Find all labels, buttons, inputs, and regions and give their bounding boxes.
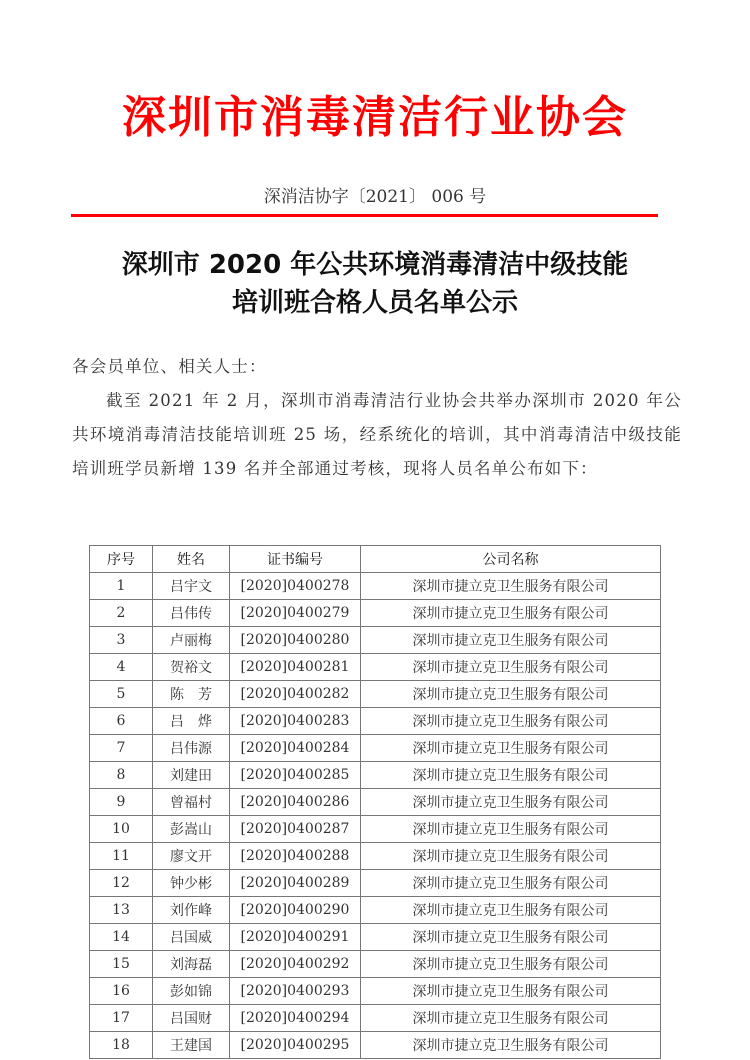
cell-company-name: 深圳市捷立克卫生服务有限公司 [361, 897, 661, 924]
cell-name: 卢丽梅 [153, 627, 230, 654]
cell-company-name: 深圳市捷立克卫生服务有限公司 [361, 870, 661, 897]
cell-company-name: 深圳市捷立克卫生服务有限公司 [361, 600, 661, 627]
notice-title-line-2: 培训班合格人员名单公示 [0, 284, 750, 322]
cell-certificate-number: [2020]0400279 [230, 600, 361, 627]
table-row: 3卢丽梅[2020]0400280深圳市捷立克卫生服务有限公司 [90, 627, 661, 654]
cell-index: 2 [90, 600, 153, 627]
cell-name: 刘作峰 [153, 897, 230, 924]
cell-certificate-number: [2020]0400289 [230, 870, 361, 897]
cell-company-name: 深圳市捷立克卫生服务有限公司 [361, 951, 661, 978]
cell-name: 彭嵩山 [153, 816, 230, 843]
cell-company-name: 深圳市捷立克卫生服务有限公司 [361, 654, 661, 681]
table-row: 18王建国[2020]0400295深圳市捷立克卫生服务有限公司 [90, 1032, 661, 1059]
cell-name: 廖文开 [153, 843, 230, 870]
table-row: 12钟少彬[2020]0400289深圳市捷立克卫生服务有限公司 [90, 870, 661, 897]
cell-company-name: 深圳市捷立克卫生服务有限公司 [361, 843, 661, 870]
cell-company-name: 深圳市捷立克卫生服务有限公司 [361, 735, 661, 762]
table-row: 8刘建田[2020]0400285深圳市捷立克卫生服务有限公司 [90, 762, 661, 789]
cell-company-name: 深圳市捷立克卫生服务有限公司 [361, 573, 661, 600]
cell-name: 曾福村 [153, 789, 230, 816]
cell-name: 吕伟源 [153, 735, 230, 762]
table-row: 9曾福村[2020]0400286深圳市捷立克卫生服务有限公司 [90, 789, 661, 816]
cell-name: 吕国财 [153, 1005, 230, 1032]
cell-company-name: 深圳市捷立克卫生服务有限公司 [361, 627, 661, 654]
cell-index: 14 [90, 924, 153, 951]
cell-index: 8 [90, 762, 153, 789]
cell-certificate-number: [2020]0400290 [230, 897, 361, 924]
cell-certificate-number: [2020]0400285 [230, 762, 361, 789]
header-certificate-number: 证书编号 [230, 546, 361, 573]
cell-company-name: 深圳市捷立克卫生服务有限公司 [361, 924, 661, 951]
table-row: 1吕宇文[2020]0400278深圳市捷立克卫生服务有限公司 [90, 573, 661, 600]
cell-index: 7 [90, 735, 153, 762]
cell-company-name: 深圳市捷立克卫生服务有限公司 [361, 1032, 661, 1059]
cell-index: 12 [90, 870, 153, 897]
table-row: 10彭嵩山[2020]0400287深圳市捷立克卫生服务有限公司 [90, 816, 661, 843]
cell-name: 吕宇文 [153, 573, 230, 600]
cell-certificate-number: [2020]0400292 [230, 951, 361, 978]
cell-index: 9 [90, 789, 153, 816]
cell-index: 3 [90, 627, 153, 654]
document-number: 深消洁协字〔2021〕 006 号 [0, 185, 750, 209]
notice-title: 深圳市 2020 年公共环境消毒清洁中级技能 培训班合格人员名单公示 [0, 246, 750, 322]
cell-company-name: 深圳市捷立克卫生服务有限公司 [361, 681, 661, 708]
salutation: 各会员单位、相关人士： [72, 350, 682, 384]
cell-certificate-number: [2020]0400291 [230, 924, 361, 951]
cell-index: 18 [90, 1032, 153, 1059]
cell-index: 10 [90, 816, 153, 843]
organization-name: 深圳市消毒清洁行业协会 [0, 88, 750, 148]
cell-certificate-number: [2020]0400278 [230, 573, 361, 600]
cell-name: 吕 烨 [153, 708, 230, 735]
cell-index: 17 [90, 1005, 153, 1032]
red-divider [71, 214, 658, 217]
cell-certificate-number: [2020]0400284 [230, 735, 361, 762]
table-row: 5陈 芳[2020]0400282深圳市捷立克卫生服务有限公司 [90, 681, 661, 708]
cell-name: 吕伟传 [153, 600, 230, 627]
cell-name: 陈 芳 [153, 681, 230, 708]
notice-body: 各会员单位、相关人士： 截至 2021 年 2 月，深圳市消毒清洁行业协会共举办… [72, 350, 682, 486]
cell-name: 彭如锦 [153, 978, 230, 1005]
cell-certificate-number: [2020]0400286 [230, 789, 361, 816]
table-header-row: 序号 姓名 证书编号 公司名称 [90, 546, 661, 573]
qualified-personnel-table: 序号 姓名 证书编号 公司名称 1吕宇文[2020]0400278深圳市捷立克卫… [89, 545, 661, 1059]
header-name: 姓名 [153, 546, 230, 573]
cell-name: 刘建田 [153, 762, 230, 789]
cell-company-name: 深圳市捷立克卫生服务有限公司 [361, 708, 661, 735]
cell-index: 1 [90, 573, 153, 600]
table-row: 6吕 烨[2020]0400283深圳市捷立克卫生服务有限公司 [90, 708, 661, 735]
cell-index: 13 [90, 897, 153, 924]
cell-certificate-number: [2020]0400288 [230, 843, 361, 870]
cell-index: 4 [90, 654, 153, 681]
cell-name: 贺裕文 [153, 654, 230, 681]
table-row: 17吕国财[2020]0400294深圳市捷立克卫生服务有限公司 [90, 1005, 661, 1032]
cell-certificate-number: [2020]0400295 [230, 1032, 361, 1059]
header-index: 序号 [90, 546, 153, 573]
cell-company-name: 深圳市捷立克卫生服务有限公司 [361, 816, 661, 843]
header-company-name: 公司名称 [361, 546, 661, 573]
cell-certificate-number: [2020]0400293 [230, 978, 361, 1005]
table-row: 11廖文开[2020]0400288深圳市捷立克卫生服务有限公司 [90, 843, 661, 870]
cell-name: 刘海磊 [153, 951, 230, 978]
table-row: 15刘海磊[2020]0400292深圳市捷立克卫生服务有限公司 [90, 951, 661, 978]
cell-company-name: 深圳市捷立克卫生服务有限公司 [361, 789, 661, 816]
cell-index: 5 [90, 681, 153, 708]
notice-title-line-1: 深圳市 2020 年公共环境消毒清洁中级技能 [0, 246, 750, 284]
table-row: 2吕伟传[2020]0400279深圳市捷立克卫生服务有限公司 [90, 600, 661, 627]
cell-index: 11 [90, 843, 153, 870]
table-row: 13刘作峰[2020]0400290深圳市捷立克卫生服务有限公司 [90, 897, 661, 924]
cell-certificate-number: [2020]0400287 [230, 816, 361, 843]
cell-company-name: 深圳市捷立克卫生服务有限公司 [361, 1005, 661, 1032]
cell-company-name: 深圳市捷立克卫生服务有限公司 [361, 978, 661, 1005]
table-row: 4贺裕文[2020]0400281深圳市捷立克卫生服务有限公司 [90, 654, 661, 681]
table-row: 7吕伟源[2020]0400284深圳市捷立克卫生服务有限公司 [90, 735, 661, 762]
notice-paragraph: 截至 2021 年 2 月，深圳市消毒清洁行业协会共举办深圳市 2020 年公共… [72, 384, 682, 486]
cell-certificate-number: [2020]0400282 [230, 681, 361, 708]
cell-index: 6 [90, 708, 153, 735]
cell-certificate-number: [2020]0400283 [230, 708, 361, 735]
cell-certificate-number: [2020]0400281 [230, 654, 361, 681]
cell-name: 王建国 [153, 1032, 230, 1059]
cell-index: 15 [90, 951, 153, 978]
table-row: 16彭如锦[2020]0400293深圳市捷立克卫生服务有限公司 [90, 978, 661, 1005]
cell-index: 16 [90, 978, 153, 1005]
cell-certificate-number: [2020]0400280 [230, 627, 361, 654]
cell-name: 钟少彬 [153, 870, 230, 897]
cell-company-name: 深圳市捷立克卫生服务有限公司 [361, 762, 661, 789]
cell-name: 吕国威 [153, 924, 230, 951]
cell-certificate-number: [2020]0400294 [230, 1005, 361, 1032]
table-row: 14吕国威[2020]0400291深圳市捷立克卫生服务有限公司 [90, 924, 661, 951]
